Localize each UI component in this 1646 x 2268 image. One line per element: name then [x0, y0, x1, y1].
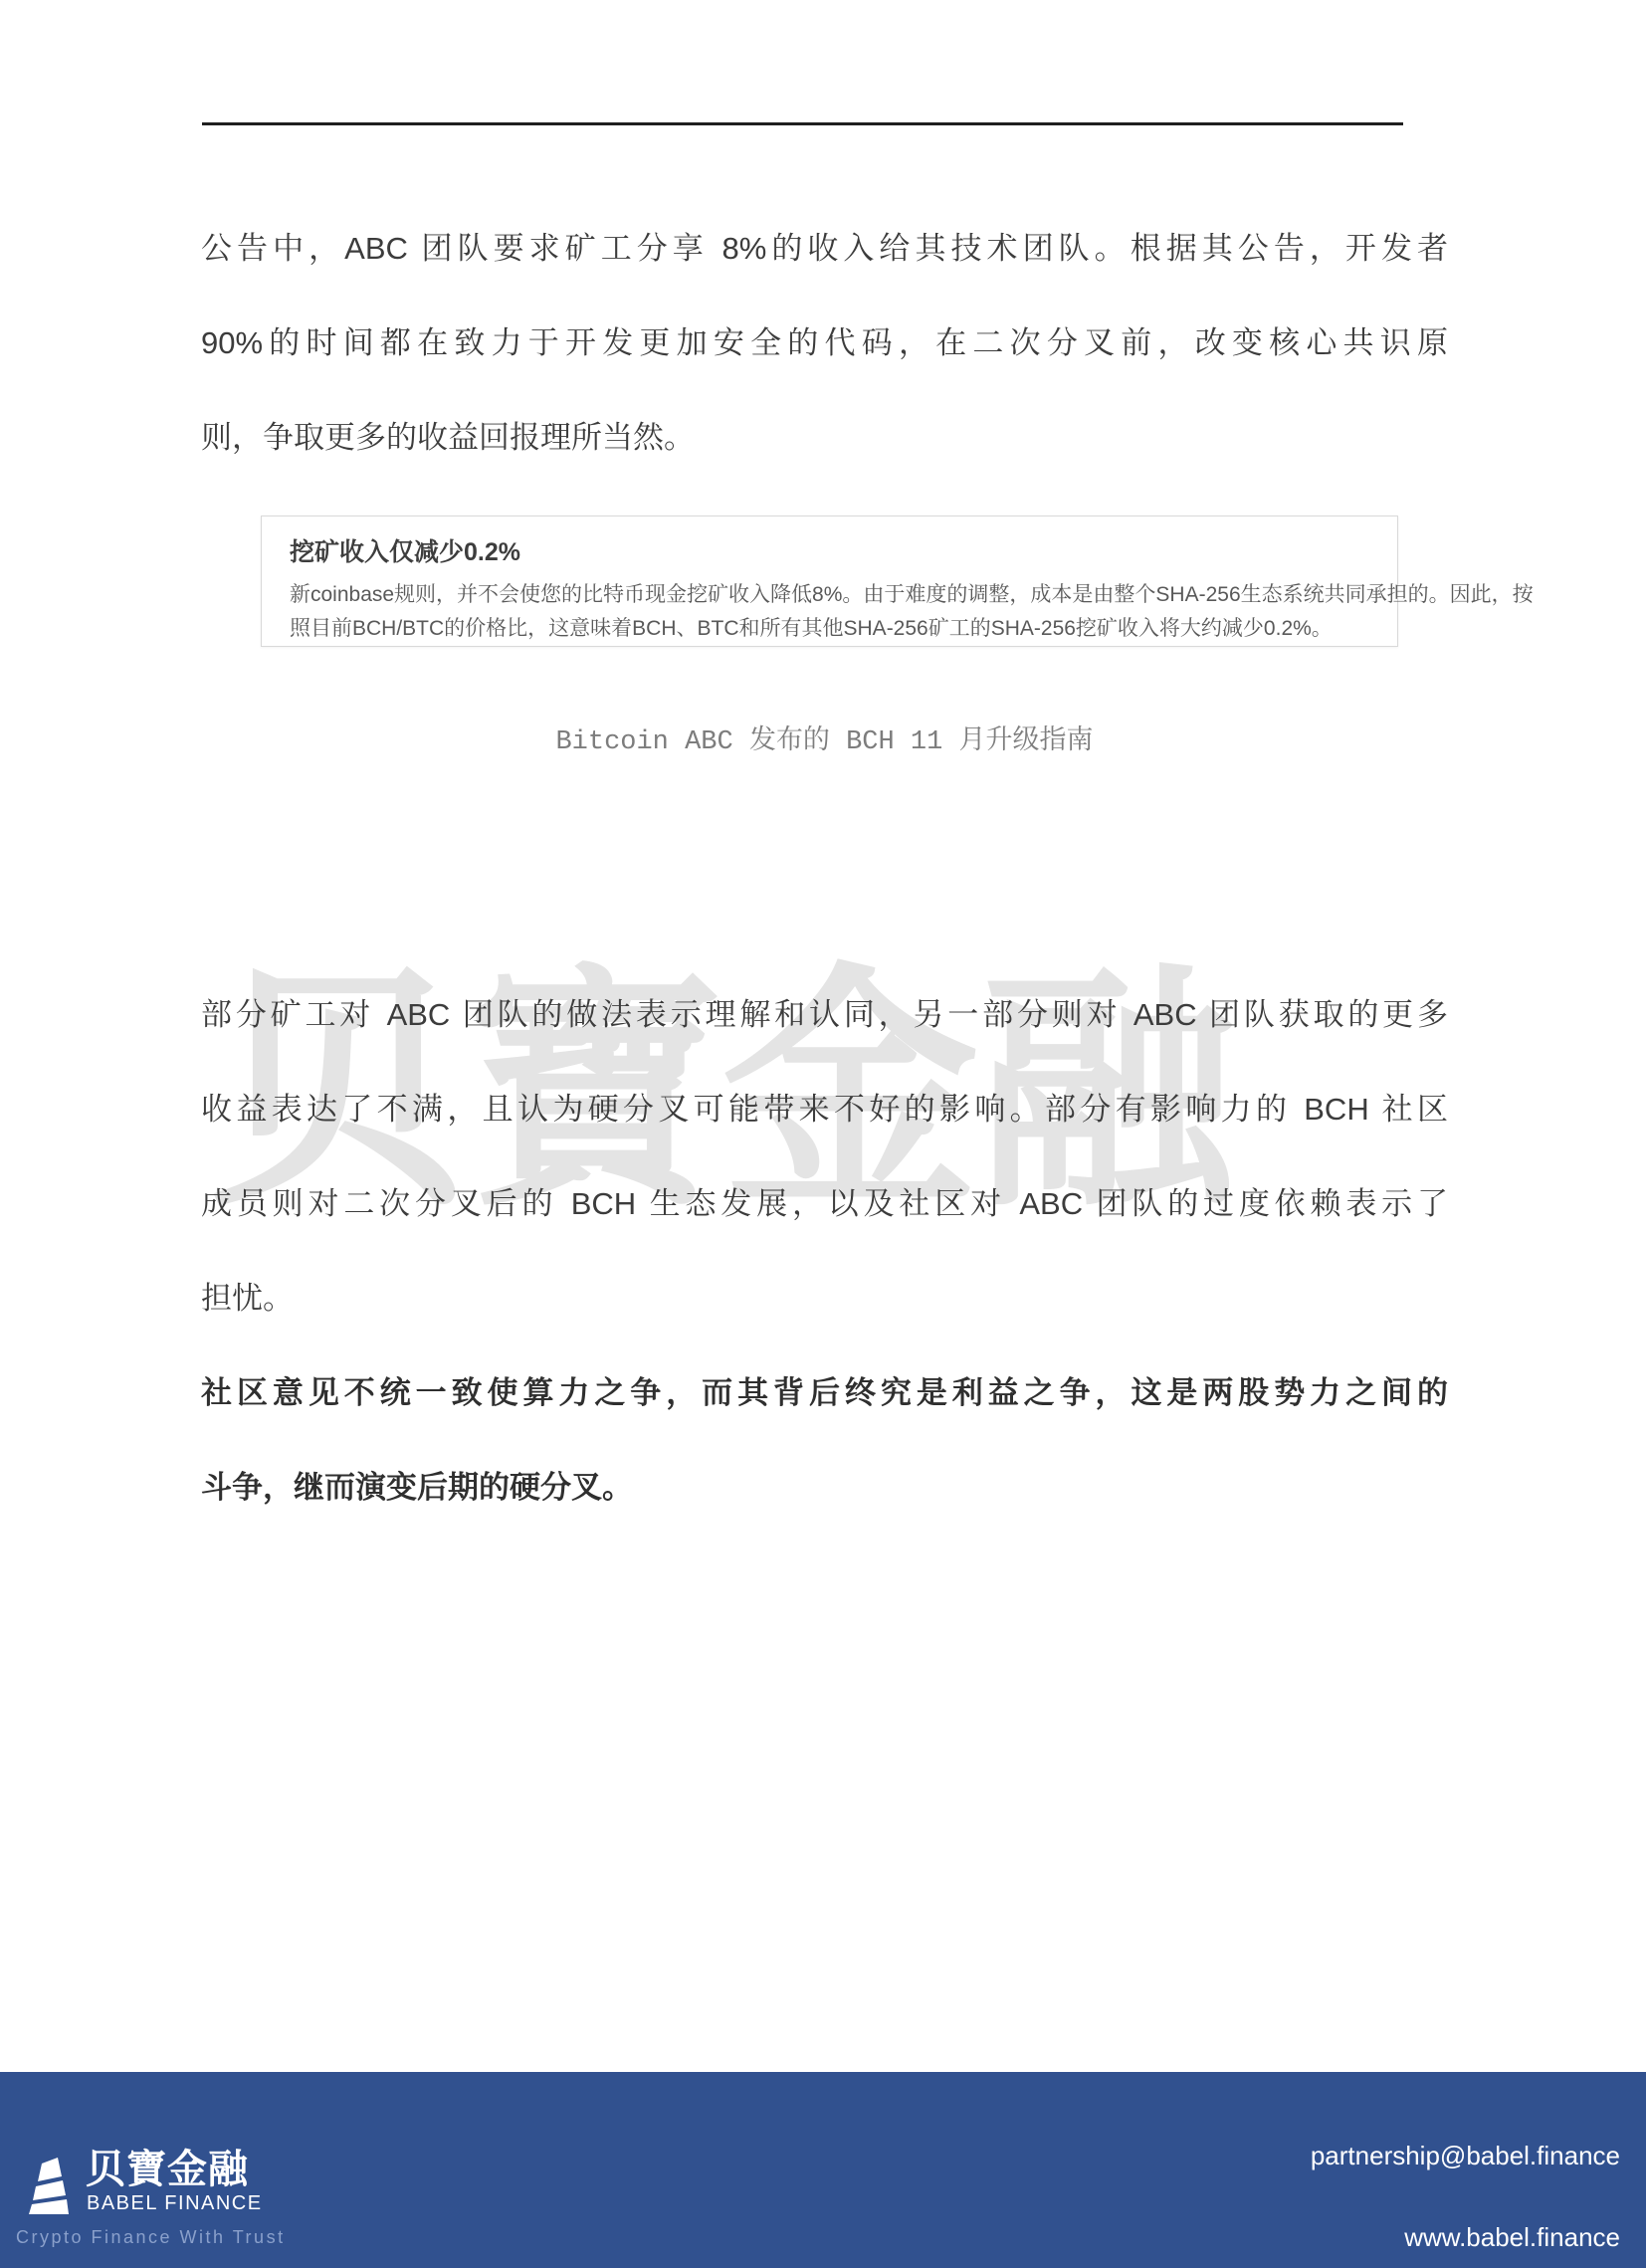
- text-line: 照目前BCH/BTC的价格比，这意味着BCH、BTC和所有其他SHA-256矿工…: [290, 612, 1369, 646]
- quote-body: 新coinbase规则，并不会使您的比特币现金挖矿收入降低8%。由于难度的调整，…: [290, 578, 1369, 646]
- footer-bar: 贝寶金融 BABEL FINANCE Crypto Finance With T…: [0, 2072, 1646, 2268]
- upgrade-guide-screenshot: 挖矿收入仅减少0.2% 新coinbase规则，并不会使您的比特币现金挖矿收入降…: [261, 515, 1398, 647]
- header-rule: [202, 122, 1403, 125]
- footer-website-link[interactable]: www.babel.finance: [1404, 2222, 1620, 2252]
- paragraph-conclusion-bold: 社区意见不统一致使算力之争，而其背后终究是利益之争，这是两股势力之间的斗争，继而…: [201, 1345, 1448, 1535]
- footer-tagline: Crypto Finance With Trust: [16, 2225, 286, 2249]
- text-line: 公告中，ABC 团队要求矿工分享 8%的收入给其技术团队。根据其公告，开发者: [201, 201, 1448, 296]
- footer-logo-en: BABEL FINANCE: [87, 2192, 263, 2214]
- text-line: 则，争取更多的收益回报理所当然。: [201, 390, 1448, 485]
- text-line: 斗争，继而演变后期的硬分叉。: [201, 1440, 1448, 1535]
- text-line: 新coinbase规则，并不会使您的比特币现金挖矿收入降低8%。由于难度的调整，…: [290, 578, 1369, 612]
- text-line: 成员则对二次分叉后的 BCH 生态发展，以及社区对 ABC 团队的过度依赖表示了: [201, 1156, 1448, 1251]
- paragraph-miners-reaction: 部分矿工对 ABC 团队的做法表示理解和认同，另一部分则对 ABC 团队获取的更…: [201, 967, 1448, 1345]
- figure-caption: Bitcoin ABC 发布的 BCH 11 月升级指南: [201, 718, 1448, 767]
- footer-logo-cn: 贝寶金融: [86, 2147, 249, 2192]
- babel-finance-logo-icon: [28, 2153, 74, 2214]
- paragraph-announcement: 公告中，ABC 团队要求矿工分享 8%的收入给其技术团队。根据其公告，开发者90…: [201, 201, 1448, 485]
- text-line: 90%的时间都在致力于开发更加安全的代码，在二次分叉前，改变核心共识原: [201, 296, 1448, 390]
- footer-email-link[interactable]: partnership@babel.finance: [1311, 2141, 1620, 2170]
- text-line: 部分矿工对 ABC 团队的做法表示理解和认同，另一部分则对 ABC 团队获取的更…: [201, 967, 1448, 1062]
- quote-title: 挖矿收入仅减少0.2%: [290, 536, 1369, 568]
- text-line: 社区意见不统一致使算力之争，而其背后终究是利益之争，这是两股势力之间的: [201, 1345, 1448, 1440]
- text-line: 收益表达了不满，且认为硬分叉可能带来不好的影响。部分有影响力的 BCH 社区: [201, 1062, 1448, 1156]
- document-page: 贝寶金融 公告中，ABC 团队要求矿工分享 8%的收入给其技术团队。根据其公告，…: [0, 0, 1646, 2268]
- text-line: 担忧。: [201, 1251, 1448, 1345]
